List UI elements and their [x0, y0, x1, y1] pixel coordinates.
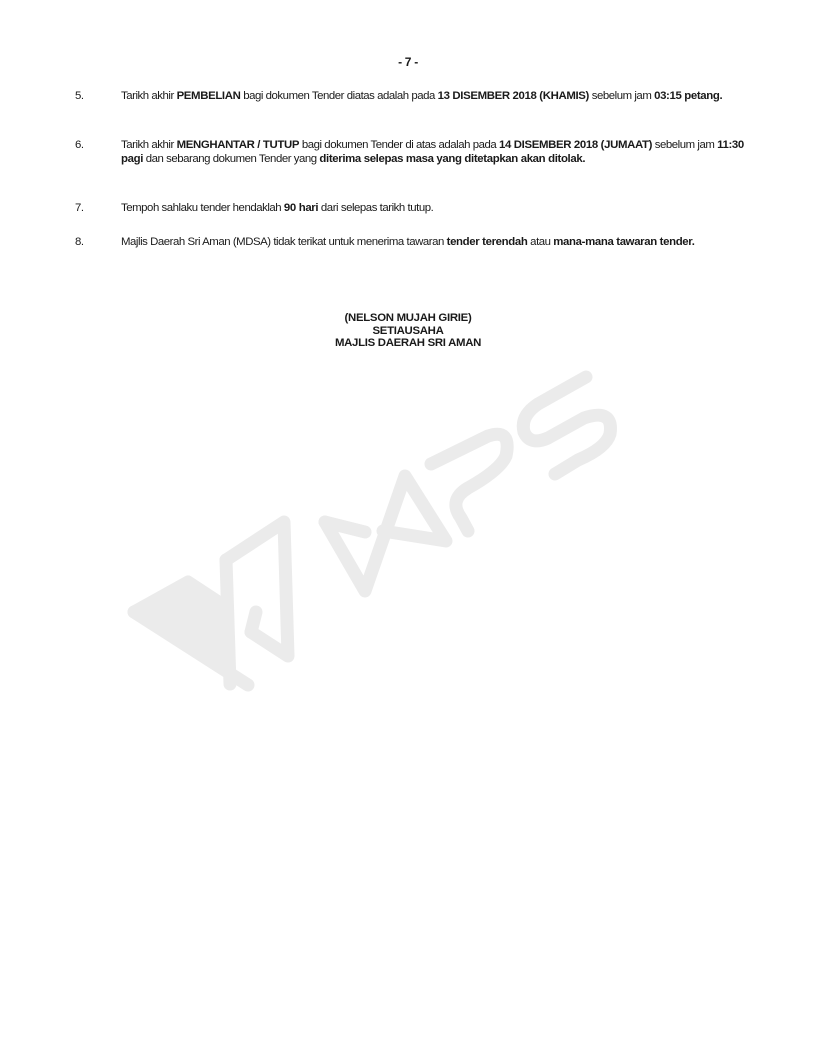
body-text: dan sebarang dokumen Tender yang — [143, 153, 319, 165]
clause-7: 7. Tempoh sahlaku tender hendaklah 90 ha… — [75, 202, 755, 216]
body-text: Tarikh akhir — [121, 139, 177, 151]
clause-8: 8. Majlis Daerah Sri Aman (MDSA) tidak t… — [75, 236, 755, 250]
clause-number: 7. — [75, 202, 105, 216]
clause-text: Tarikh akhir PEMBELIAN bagi dokumen Tend… — [121, 90, 755, 104]
emphasis-text: PEMBELIAN — [177, 90, 241, 102]
clause-text: Tempoh sahlaku tender hendaklah 90 hari … — [121, 202, 755, 216]
body-text: Tempoh sahlaku tender hendaklah — [121, 202, 284, 214]
body-text: bagi dokumen Tender diatas adalah pada — [241, 90, 438, 102]
signatory-title: SETIAUSAHA — [0, 325, 816, 338]
body-text: dari selepas tarikh tutup. — [318, 202, 433, 214]
signatory-name: (NELSON MUJAH GIRIE) — [0, 312, 816, 325]
clause-number: 6. — [75, 139, 105, 153]
clause-6: 6. Tarikh akhir MENGHANTAR / TUTUP bagi … — [75, 139, 755, 166]
emphasis-text: diterima selepas masa yang ditetapkan ak… — [319, 153, 585, 165]
emphasis-text: 13 DISEMBER 2018 (KHAMIS) — [438, 90, 589, 102]
clause-text: Majlis Daerah Sri Aman (MDSA) tidak teri… — [121, 236, 755, 250]
emphasis-text: 90 hari — [284, 202, 318, 214]
signatory-organization: MAJLIS DAERAH SRI AMAN — [0, 337, 816, 350]
emphasis-text: tender terendah — [447, 236, 528, 248]
body-text: atau — [527, 236, 553, 248]
body-text: sebelum jam — [652, 139, 717, 151]
emphasis-text: MENGHANTAR / TUTUP — [177, 139, 300, 151]
emphasis-text: 03:15 petang. — [654, 90, 722, 102]
clause-5: 5. Tarikh akhir PEMBELIAN bagi dokumen T… — [75, 90, 755, 104]
document-page: - 7 - 5. Tarikh akhir PEMBELIAN bagi dok… — [0, 0, 816, 1056]
clause-number: 5. — [75, 90, 105, 104]
page-number: - 7 - — [0, 55, 816, 69]
body-text: sebelum jam — [589, 90, 654, 102]
body-text: bagi dokumen Tender di atas adalah pada — [299, 139, 499, 151]
emphasis-text: 14 DISEMBER 2018 (JUMAAT) — [499, 139, 652, 151]
clause-number: 8. — [75, 236, 105, 250]
body-text: Majlis Daerah Sri Aman (MDSA) tidak teri… — [121, 236, 447, 248]
signature-block: (NELSON MUJAH GIRIE) SETIAUSAHA MAJLIS D… — [0, 312, 816, 350]
body-text: Tarikh akhir — [121, 90, 177, 102]
clause-text: Tarikh akhir MENGHANTAR / TUTUP bagi dok… — [121, 139, 755, 166]
emphasis-text: mana-mana tawaran tender. — [553, 236, 694, 248]
